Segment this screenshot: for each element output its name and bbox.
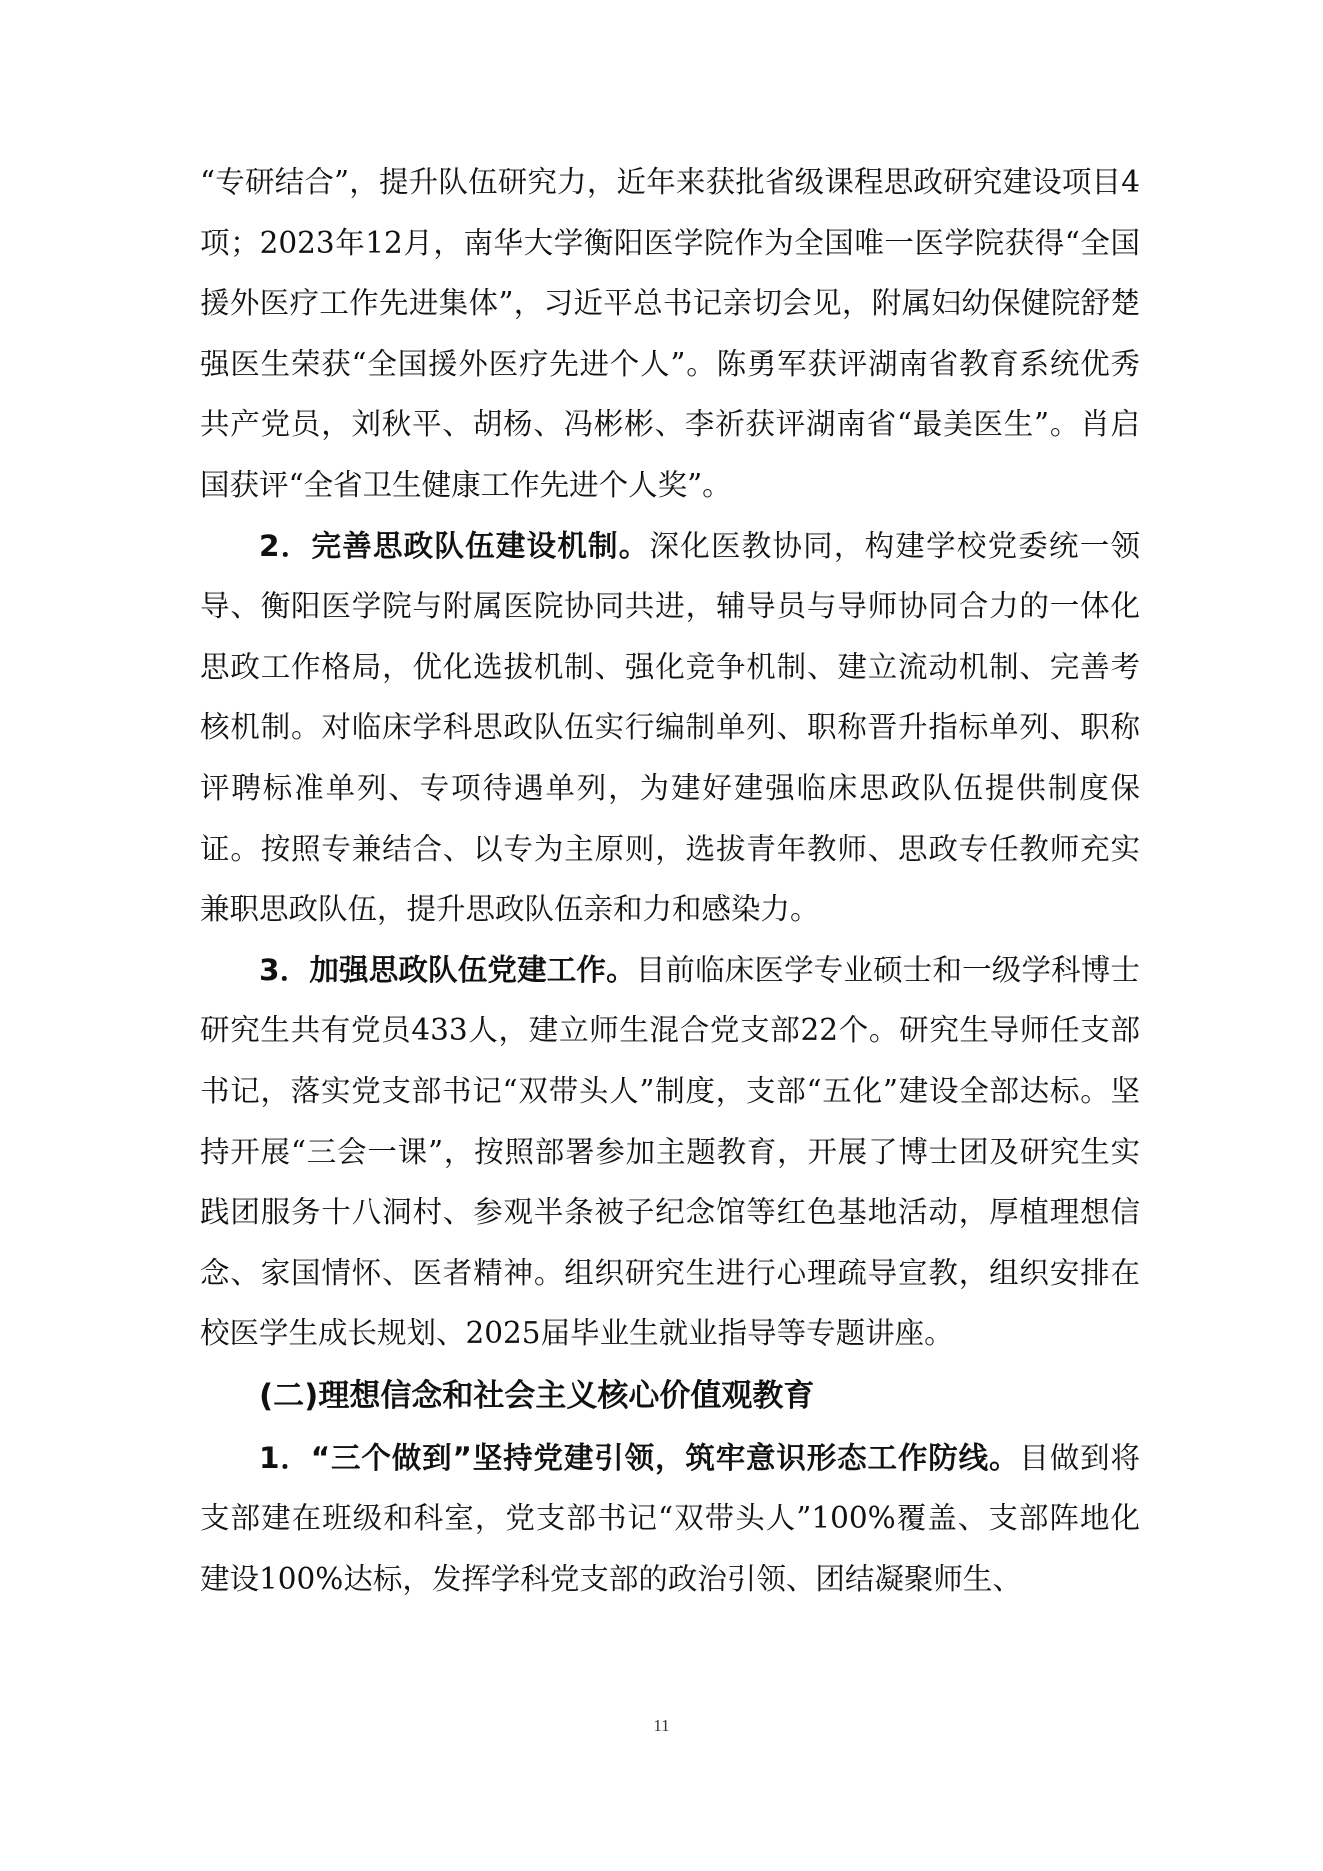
page-body: “专研结合”，提升队伍研究力，近年来获批省级课程思政研究建设项目4项；2023年… — [200, 152, 1140, 1610]
paragraph-text: 目前临床医学专业硕士和一级学科博士研究生共有党员433人，建立师生混合党支部22… — [200, 953, 1140, 1351]
paragraph-lead: 2．完善思政队伍建设机制。 — [259, 529, 650, 563]
document-page: “专研结合”，提升队伍研究力，近年来获批省级课程思政研究建设项目4项；2023年… — [0, 0, 1323, 1871]
paragraph-item-3: 3．加强思政队伍党建工作。目前临床医学专业硕士和一级学科博士研究生共有党员433… — [200, 940, 1140, 1364]
paragraph-text: “专研结合”，提升队伍研究力，近年来获批省级课程思政研究建设项目4项；2023年… — [200, 165, 1140, 502]
page-number: 11 — [0, 1716, 1323, 1736]
paragraph-continuation: “专研结合”，提升队伍研究力，近年来获批省级课程思政研究建设项目4项；2023年… — [200, 152, 1140, 516]
paragraph-lead: 1．“三个做到”坚持党建引领，筑牢意识形态工作防线。 — [259, 1441, 1019, 1475]
paragraph-lead: 3．加强思政队伍党建工作。 — [259, 953, 636, 987]
section-heading: (二)理想信念和社会主义核心价值观教育 — [200, 1364, 1140, 1428]
paragraph-item-2: 2．完善思政队伍建设机制。深化医教协同，构建学校党委统一领导、衡阳医学院与附属医… — [200, 516, 1140, 940]
paragraph-text: 深化医教协同，构建学校党委统一领导、衡阳医学院与附属医院协同共进，辅导员与导师协… — [200, 529, 1140, 927]
section-paragraph-item-1: 1．“三个做到”坚持党建引领，筑牢意识形态工作防线。目做到将支部建在班级和科室，… — [200, 1428, 1140, 1610]
